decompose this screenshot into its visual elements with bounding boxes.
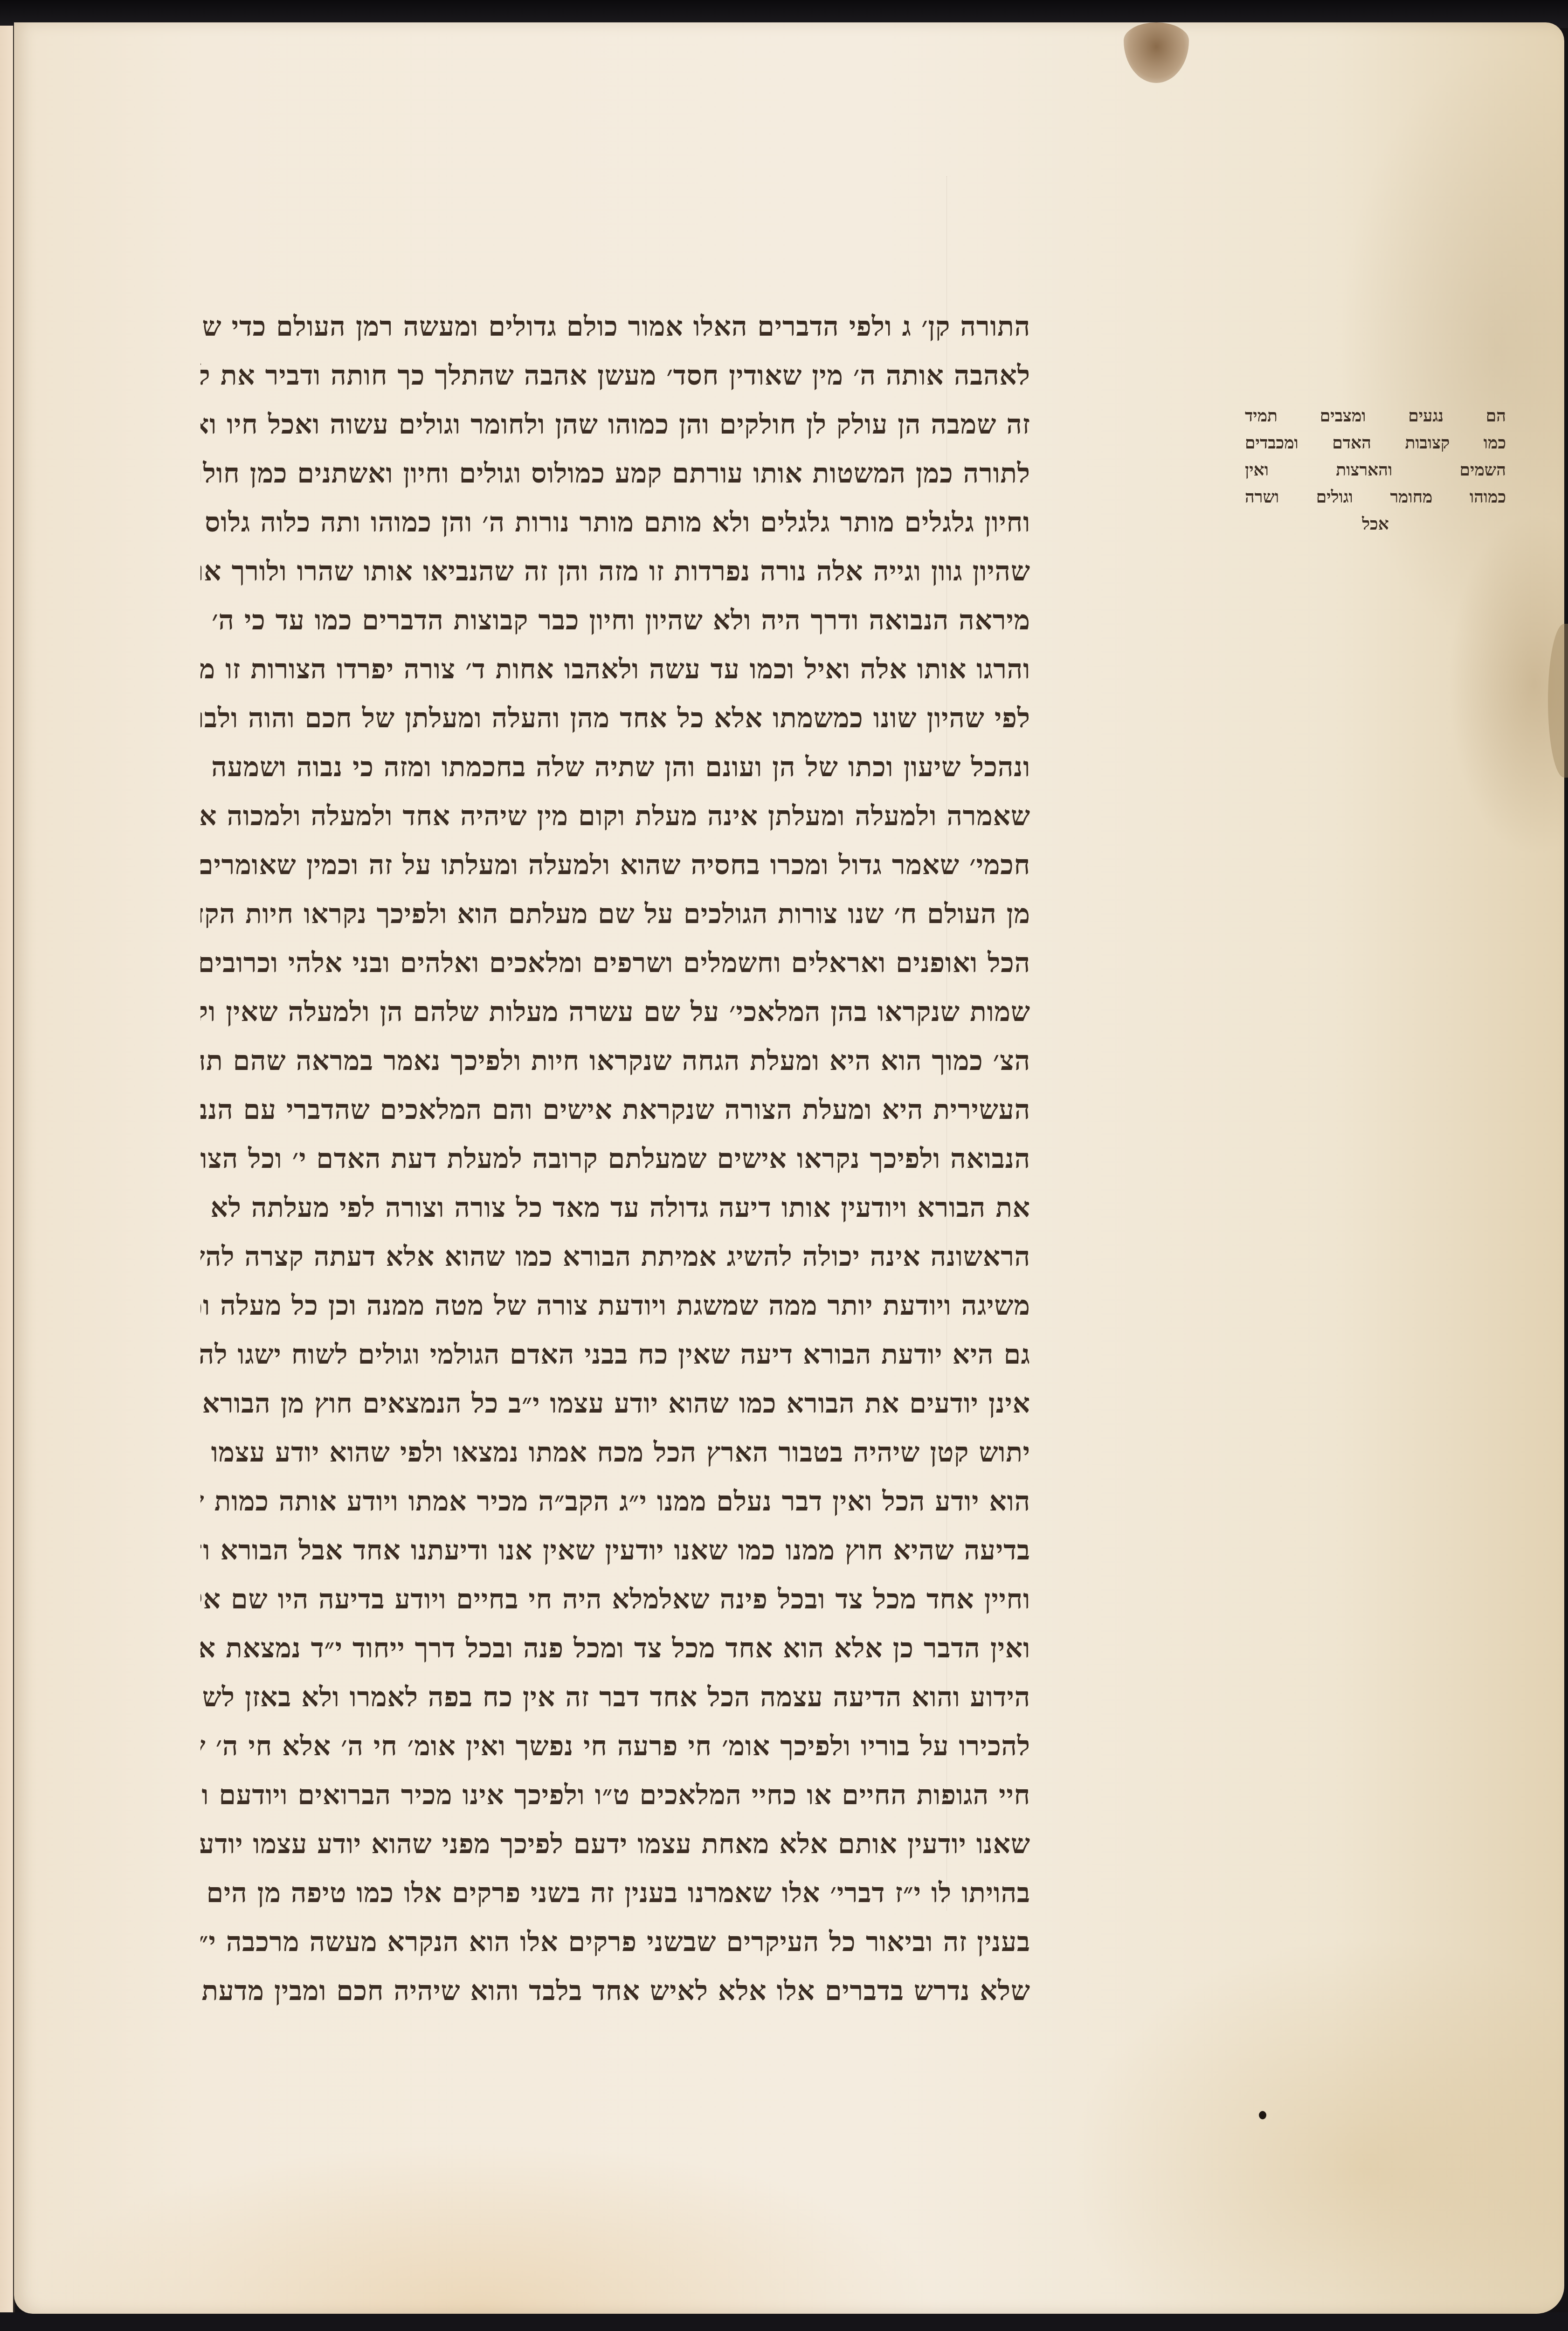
- text-line: שאמרה ולמעלה ומעלתן אינה מעלת וקום מין ש…: [200, 792, 1030, 841]
- text-line: ואין הדבר כן אלא הוא אחד מכל צד ומכל פנה…: [200, 1624, 1030, 1673]
- text-line: שהיון גוון וגייה אלה נורה נפרדות זו מזה …: [200, 547, 1030, 596]
- text-line: הראשונה אינה יכולה להשיג אמיתת הבורא כמו…: [200, 1232, 1030, 1281]
- text-line: יתוש קטן שיהיה בטבור הארץ הכל מכח אמתו נ…: [200, 1428, 1030, 1477]
- text-line: בענין זה וביאור כל העיקרים שבשני פרקים א…: [200, 1917, 1030, 1966]
- gloss-line: השמים והארצות ואין: [1245, 456, 1506, 483]
- text-line: בהויתו לו י״ז דברי׳ אלו שאמרנו בענין זה …: [200, 1869, 1030, 1917]
- gloss-line: כמוהו מחומר וגולים ושרה: [1245, 483, 1506, 510]
- text-line: לאהבה אותה ה׳ מין שאודין חסד׳ מעשן אהבה …: [200, 351, 1030, 400]
- text-line: את הבורא ויודעין אותו דיעה גדולה עד מאד …: [200, 1183, 1030, 1232]
- text-line: וחיין אחד מכל צד ובכל פינה שאלמלא היה חי…: [200, 1575, 1030, 1624]
- text-line: זה שמבה הן עולק לן חולקים והן כמוהו שהן …: [200, 400, 1030, 449]
- text-line: שמות שנקראו בהן המלאכי׳ על שם עשרה מעלות…: [200, 987, 1030, 1036]
- ink-stain-top: [1124, 22, 1189, 83]
- gloss-line: כמו קצובות האדם ומכבדים: [1245, 429, 1506, 456]
- gloss-line: הם נגעים ומצבים תמיד: [1245, 402, 1506, 429]
- previous-leaf-edge: [0, 26, 15, 2312]
- worm-hole: [1259, 2111, 1266, 2119]
- text-line: בדיעה שהיא חוץ ממנו כמו שאנו יודעין שאין…: [200, 1526, 1030, 1575]
- text-line: אינן יודעים את הבורא כמו שהוא יודע עצמו …: [200, 1379, 1030, 1428]
- text-line: להכירו על בוריו ולפיכך אומ׳ חי פרעה חי נ…: [200, 1722, 1030, 1771]
- text-line: וחיון גלגלים מותר גלגלים ולא מותם מותר נ…: [200, 498, 1030, 547]
- main-text-block: התורה קן׳ ג ולפי הדברים האלו אמור כולם ג…: [200, 302, 1030, 2015]
- text-line: גם היא יודעת הבורא דיעה שאין כח בבני האד…: [200, 1330, 1030, 1379]
- text-line: לתורה כמן המשטות אותו עורתם קמע כמולוס ו…: [200, 449, 1030, 498]
- text-line: התורה קן׳ ג ולפי הדברים האלו אמור כולם ג…: [200, 302, 1030, 351]
- text-line: שאנו יודעין אותם אלא מאחת עצמו ידעם לפיכ…: [200, 1820, 1030, 1869]
- manuscript-page: התורה קן׳ ג ולפי הדברים האלו אמור כולם ג…: [14, 22, 1564, 2314]
- text-line: מן העולם ח׳ שנו צורות הגולכים על שם מעלת…: [200, 890, 1030, 938]
- text-line: מיראה הנבואה ודרך היה ולא שהיון וחיון כב…: [200, 596, 1030, 645]
- text-line: הכל ואופנים ואראלים וחשמלים ושרפים ומלאכ…: [200, 938, 1030, 987]
- text-line: שלא נדרש בדברים אלו אלא לאיש אחד בלבד וה…: [200, 1966, 1030, 2015]
- text-line: משיגה ויודעת יותר ממה שמשגת ויודעת צורה …: [200, 1281, 1030, 1330]
- text-line: ונהכל שיעון וכתו של הן ועונם והן שתיה של…: [200, 743, 1030, 792]
- gloss-line: אכל: [1245, 510, 1506, 538]
- text-line: חיי הגופות החיים או כחיי המלאכים ט״ו ולפ…: [200, 1771, 1030, 1820]
- text-line: הנבואה ולפיכך נקראו אישים שמעלתם קרובה ל…: [200, 1134, 1030, 1183]
- text-line: והרגו אותו אלה ואיל וכמו עד עשה ולאהבו א…: [200, 645, 1030, 694]
- text-line: חכמי׳ שאמר גדול ומכרו בחסיה שהוא ולמעלה …: [200, 841, 1030, 890]
- water-stain-right-edge: [1548, 624, 1568, 778]
- text-line: העשירית היא ומעלת הצורה שנקראת אישים והם…: [200, 1085, 1030, 1134]
- book-binding-bottom: [0, 2312, 1568, 2331]
- marginal-gloss: הם נגעים ומצבים תמיד כמו קצובות האדם ומכ…: [1245, 402, 1506, 538]
- text-line: לפי שהיון שונו כמשמתו אלא כל אחד מהן והע…: [200, 694, 1030, 743]
- text-line: הצ׳ כמוך הוא היא ומעלת הגחה שנקראו חיות …: [200, 1036, 1030, 1085]
- text-line: הוא יודע הכל ואין דבר נעלם ממנו י״ג הקב״…: [200, 1477, 1030, 1526]
- text-line: הידוע והוא הדיעה עצמה הכל אחד דבר זה אין…: [200, 1673, 1030, 1722]
